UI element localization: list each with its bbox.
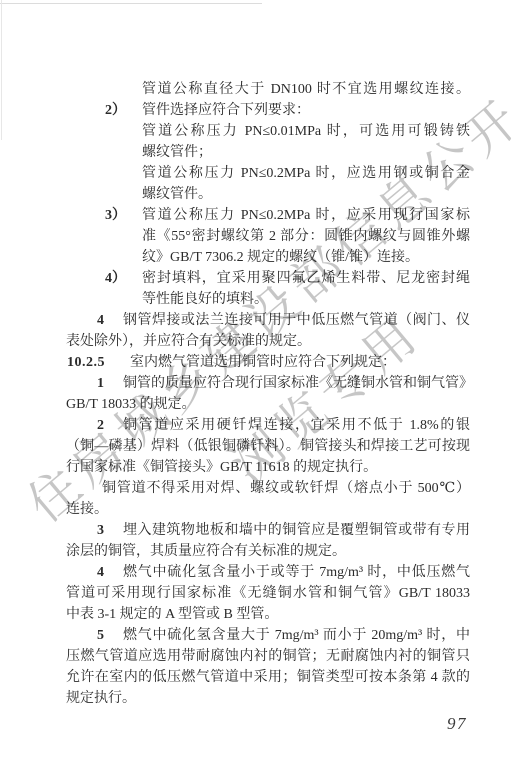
text-line: 管道公称压力 PN≤0.01MPa 时，可选用可锻铸铁 [66,121,470,142]
item-number: 4） [105,268,126,289]
text-line: 螺纹管件。 [66,184,470,205]
text-line: 螺纹管件； [66,142,470,163]
item-number: 4 [97,562,104,583]
text-line: 4 燃气中硫化氢含量小于或等于 7mg/m³ 时，中低压燃气 [66,562,470,583]
item-number: 3） [105,205,126,226]
line-text: 管道公称压力 PN≤0.01MPa 时，可选用可锻铸铁 [142,124,470,139]
scan-artifact-top-line [0,3,262,4]
line-text: 燃气中硫化氢含量大于 7mg/m³ 而小于 20mg/m³ 时，中 [123,628,470,643]
item-number: 4 [97,310,104,331]
line-text: 涂层的铜管，其质量应符合有关标准的规定。 [66,544,346,559]
line-text: 管道公称压力 PN≤0.2MPa 时，应采用现行国家标 [142,208,470,223]
item-number: 10.2.5 [67,352,105,373]
line-text: 铜管的质量应符合现行国家标准《无缝铜水管和铜气管》 [123,376,473,391]
line-text: 密封填料，宜采用聚四氟乙烯生料带、尼龙密封绳 [142,271,470,286]
line-text: 连接。 [66,502,108,517]
line-text: 等性能良好的填料。 [142,292,268,307]
line-text: 管道公称压力 PN≤0.2MPa 时，应选用钢或铜合金 [142,166,470,181]
line-text: 钢管焊接或法兰连接可用于中低压燃气管道（阀门、仪 [123,313,470,328]
text-line: 管道公称直径大于 DN100 时不宜选用螺纹连接。 [66,79,470,100]
line-text: 中表 3-1 规定的 A 型管或 B 型管。 [66,607,278,622]
line-text: 铜管道不得采用对焊、螺纹或软钎焊（熔点小于 500℃） [102,481,470,496]
line-text: 规定执行。 [66,691,136,706]
text-line: 规定执行。 [66,688,470,709]
line-text: 管件选择应符合下列要求： [142,103,310,118]
text-line: 纹》GB/T 7306.2 规定的螺纹（锥/锥）连接。 [66,247,470,268]
line-text: （铜—磷基）焊料（低银铜磷钎料）。铜管接头和焊接工艺可按现 [66,439,470,454]
text-line: 准《55°密封螺纹第 2 部分：圆锥内螺纹与圆锥外螺 [66,226,470,247]
text-line: 行国家标准《铜管接头》GB/T 11618 的规定执行。 [66,457,470,478]
item-number: 1 [97,373,104,394]
line-text: 压燃气管道应选用带耐腐蚀内衬的铜管；无耐腐蚀内衬的铜管只 [66,649,470,664]
text-line: 涂层的铜管，其质量应符合有关标准的规定。 [66,541,470,562]
document-body: 管道公称直径大于 DN100 时不宜选用螺纹连接。 2） 管件选择应符合下列要求… [66,79,470,709]
scan-artifact-left-line [1,0,2,140]
line-text: 行国家标准《铜管接头》GB/T 11618 的规定执行。 [66,460,377,475]
line-text: 螺纹管件； [142,145,212,160]
item-number: 5 [97,625,104,646]
line-text: 螺纹管件。 [142,187,212,202]
text-line: 4 钢管焊接或法兰连接可用于中低压燃气管道（阀门、仪 [66,310,470,331]
text-line: 2） 管件选择应符合下列要求： [66,100,470,121]
item-number: 2） [105,100,126,121]
line-text: 管道可采用现行国家标准《无缝铜水管和铜气管》GB/T 18033 [66,586,470,601]
text-line: 3） 管道公称压力 PN≤0.2MPa 时，应采用现行国家标 [66,205,470,226]
text-line: 10.2.5 室内燃气管道选用铜管时应符合下列规定： [66,352,470,373]
line-text: GB/T 18033 的规定。 [66,397,196,412]
text-line: 2 铜管道应采用硬钎焊连接，宜采用不低于 1.8%的银 [66,415,470,436]
line-text: 表处除外），并应符合有关标准的规定。 [66,334,311,349]
text-line: GB/T 18033 的规定。 [66,394,470,415]
text-line: 压燃气管道应选用带耐腐蚀内衬的铜管；无耐腐蚀内衬的铜管只 [66,646,470,667]
text-line: 铜管道不得采用对焊、螺纹或软钎焊（熔点小于 500℃） [66,478,470,499]
item-number: 2 [97,415,104,436]
text-line: 表处除外），并应符合有关标准的规定。 [66,331,470,352]
text-line: 3 埋入建筑物地板和墙中的铜管应是覆塑铜管或带有专用 [66,520,470,541]
text-line: 允许在室内的低压燃气管道中采用；铜管类型可按本条第 4 款的 [66,667,470,688]
line-text: 准《55°密封螺纹第 2 部分：圆锥内螺纹与圆锥外螺 [142,229,470,244]
text-line: 连接。 [66,499,470,520]
text-line: 4） 密封填料，宜采用聚四氟乙烯生料带、尼龙密封绳 [66,268,470,289]
text-line: 1 铜管的质量应符合现行国家标准《无缝铜水管和铜气管》 [66,373,470,394]
line-text: 埋入建筑物地板和墙中的铜管应是覆塑铜管或带有专用 [123,523,470,538]
line-text: 纹》GB/T 7306.2 规定的螺纹（锥/锥）连接。 [142,250,419,265]
text-line: 中表 3-1 规定的 A 型管或 B 型管。 [66,604,470,625]
text-line: 等性能良好的填料。 [66,289,470,310]
line-text: 铜管道应采用硬钎焊连接，宜采用不低于 1.8%的银 [123,418,470,433]
scanned-document-page: 住房城乡建设部信息公开 浏览专用 管道公称直径大于 DN100 时不宜选用螺纹连… [0,0,529,766]
page-number: 97 [447,714,467,734]
line-text: 允许在室内的低压燃气管道中采用；铜管类型可按本条第 4 款的 [66,670,470,685]
text-line: 管道公称压力 PN≤0.2MPa 时，应选用钢或铜合金 [66,163,470,184]
text-line: 管道可采用现行国家标准《无缝铜水管和铜气管》GB/T 18033 [66,583,470,604]
item-number: 3 [97,520,104,541]
text-line: 5 燃气中硫化氢含量大于 7mg/m³ 而小于 20mg/m³ 时，中 [66,625,470,646]
text-line: （铜—磷基）焊料（低银铜磷钎料）。铜管接头和焊接工艺可按现 [66,436,470,457]
line-text: 室内燃气管道选用铜管时应符合下列规定： [130,355,396,370]
line-text: 管道公称直径大于 DN100 时不宜选用螺纹连接。 [142,82,470,97]
line-text: 燃气中硫化氢含量小于或等于 7mg/m³ 时，中低压燃气 [123,565,470,580]
